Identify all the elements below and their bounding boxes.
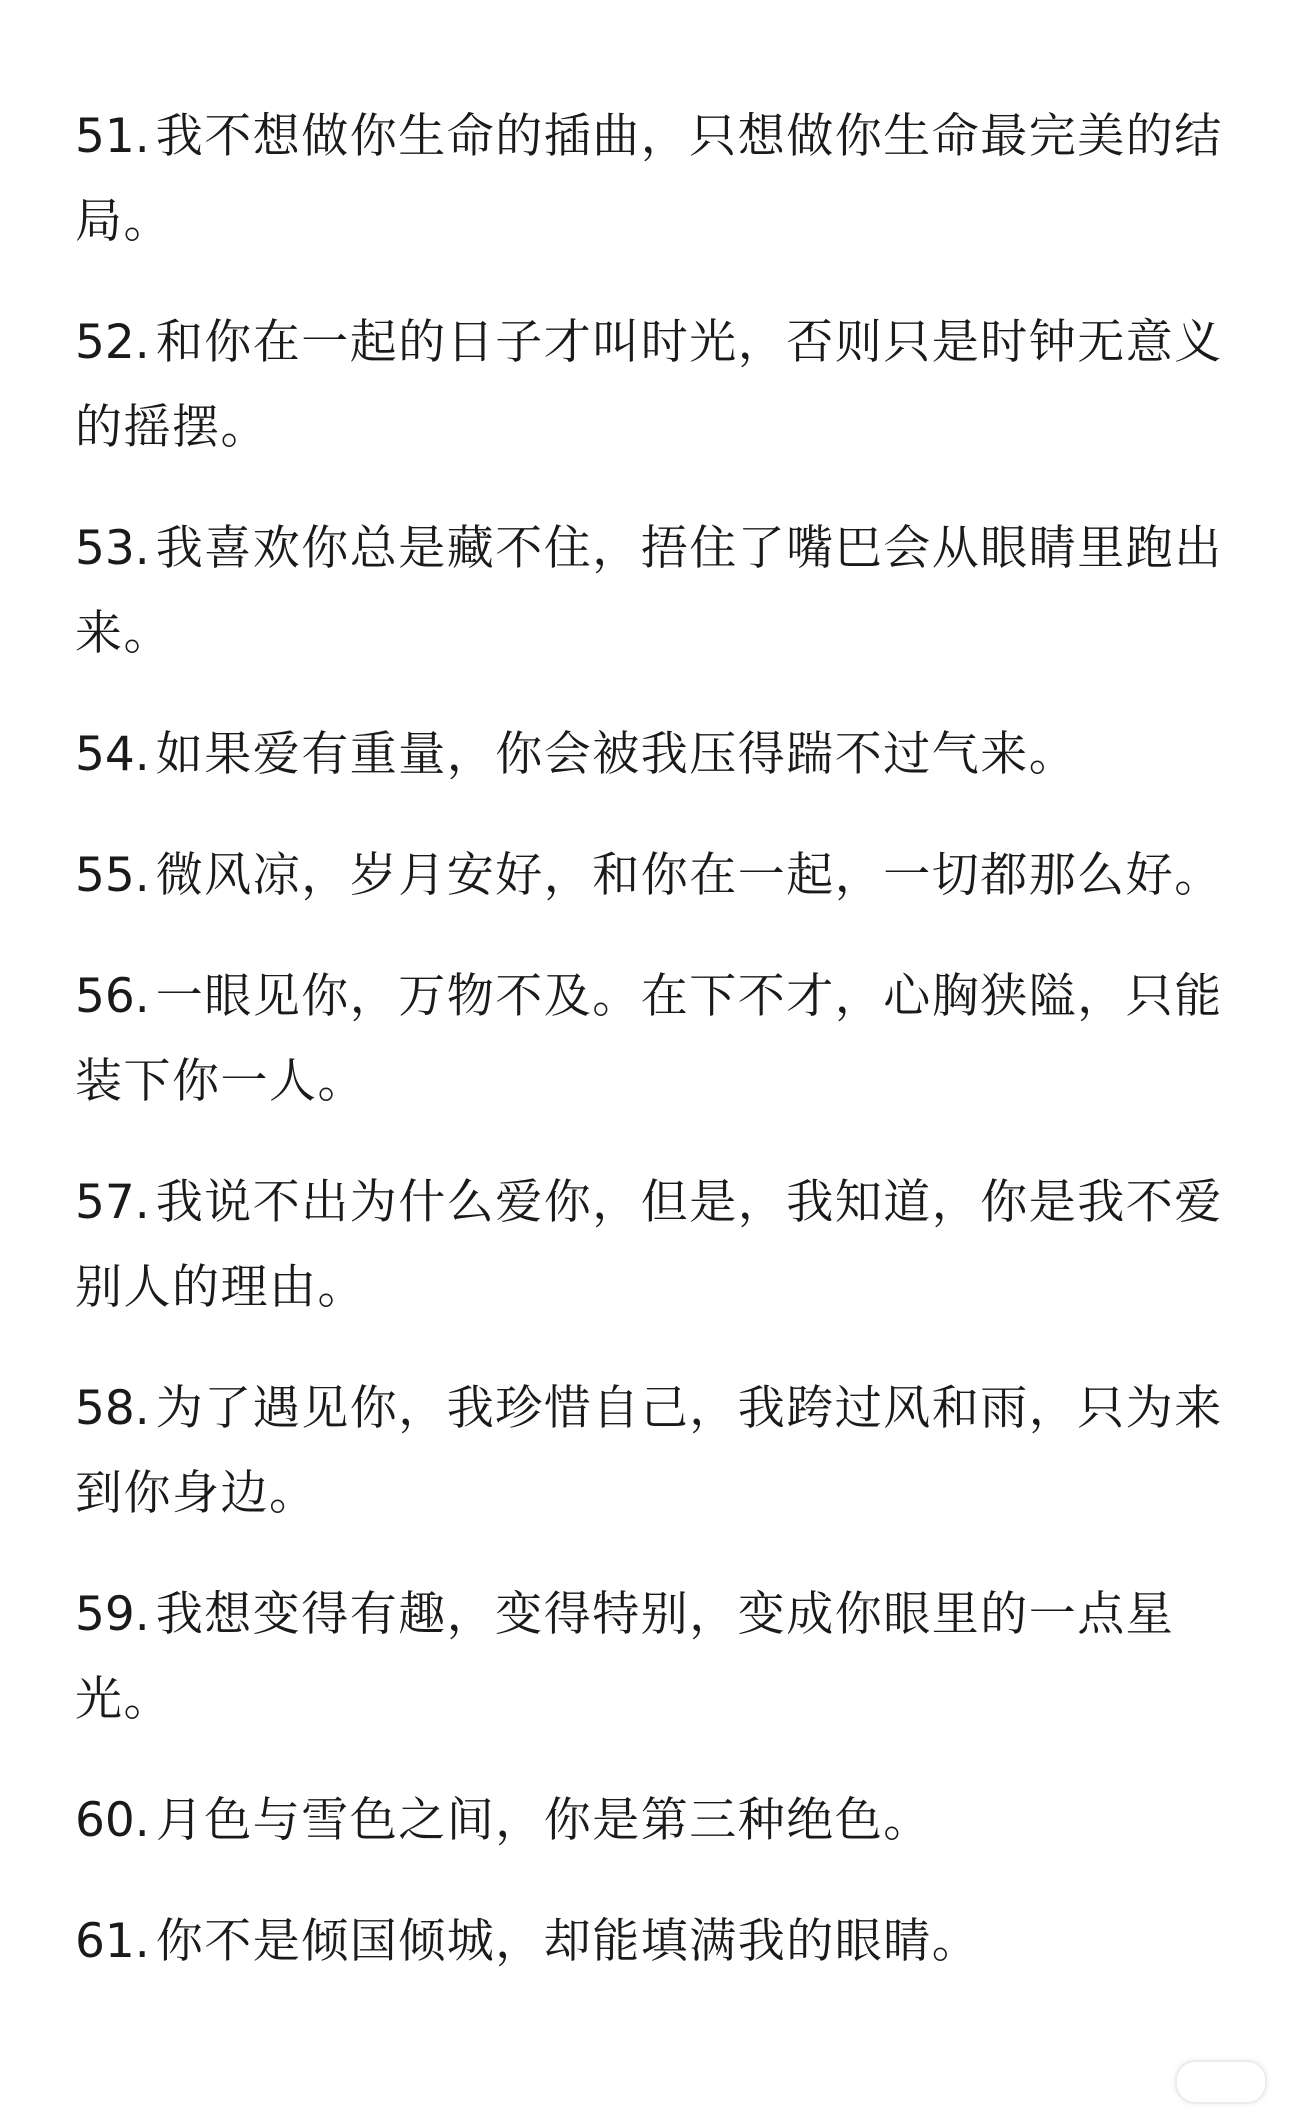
quote-number: 59.: [75, 1587, 150, 1642]
quote-list: 51.我不想做你生命的插曲，只想做你生命最完美的结局。 52.和你在一起的日子才…: [75, 94, 1255, 2020]
quote-item: 59.我想变得有趣，变得特别，变成你眼里的一点星光。: [75, 1572, 1255, 1742]
quote-item: 58.为了遇见你，我珍惜自己，我跨过风和雨，只为来到你身边。: [75, 1366, 1255, 1536]
quote-text: 为了遇见你，我珍惜自己，我跨过风和雨，只为来到你身边。: [75, 1381, 1223, 1521]
quote-text: 一眼见你，万物不及。在下不才，心胸狭隘，只能装下你一人。: [75, 969, 1223, 1109]
quote-text: 你不是倾国倾城，却能填满我的眼睛。: [156, 1914, 981, 1969]
quote-text: 如果爱有重量，你会被我压得踹不过气来。: [156, 727, 1078, 782]
quote-item: 61.你不是倾国倾城，却能填满我的眼睛。: [75, 1899, 1255, 1984]
quote-text: 我想变得有趣，变得特别，变成你眼里的一点星光。: [75, 1587, 1174, 1727]
quote-number: 55.: [75, 848, 150, 903]
quote-text: 和你在一起的日子才叫时光，否则只是时钟无意义的摇摆。: [75, 315, 1223, 455]
quote-text: 我不想做你生命的插曲，只想做你生命最完美的结局。: [75, 109, 1223, 249]
quote-number: 61.: [75, 1914, 150, 1969]
quote-number: 53.: [75, 521, 150, 576]
quote-item: 55.微风凉，岁月安好，和你在一起，一切都那么好。: [75, 833, 1255, 918]
quote-text: 月色与雪色之间，你是第三种绝色。: [156, 1793, 932, 1848]
quote-item: 52.和你在一起的日子才叫时光，否则只是时钟无意义的摇摆。: [75, 300, 1255, 470]
quote-item: 54.如果爱有重量，你会被我压得踹不过气来。: [75, 712, 1255, 797]
quote-number: 58.: [75, 1381, 150, 1436]
quote-number: 60.: [75, 1793, 150, 1848]
quote-number: 56.: [75, 969, 150, 1024]
quote-text: 我说不出为什么爱你，但是，我知道，你是我不爱别人的理由。: [75, 1175, 1223, 1315]
quote-text: 微风凉，岁月安好，和你在一起，一切都那么好。: [156, 848, 1223, 903]
watermark-badge: [1175, 2060, 1267, 2104]
quote-text: 我喜欢你总是藏不住，捂住了嘴巴会从眼睛里跑出来。: [75, 521, 1223, 661]
quote-item: 56.一眼见你，万物不及。在下不才，心胸狭隘，只能装下你一人。: [75, 954, 1255, 1124]
quote-number: 51.: [75, 109, 150, 164]
quote-item: 60.月色与雪色之间，你是第三种绝色。: [75, 1778, 1255, 1863]
quote-item: 53.我喜欢你总是藏不住，捂住了嘴巴会从眼睛里跑出来。: [75, 506, 1255, 676]
quote-number: 54.: [75, 727, 150, 782]
quote-number: 57.: [75, 1175, 150, 1230]
quote-item: 57.我说不出为什么爱你，但是，我知道，你是我不爱别人的理由。: [75, 1160, 1255, 1330]
quote-item: 51.我不想做你生命的插曲，只想做你生命最完美的结局。: [75, 94, 1255, 264]
quote-number: 52.: [75, 315, 150, 370]
